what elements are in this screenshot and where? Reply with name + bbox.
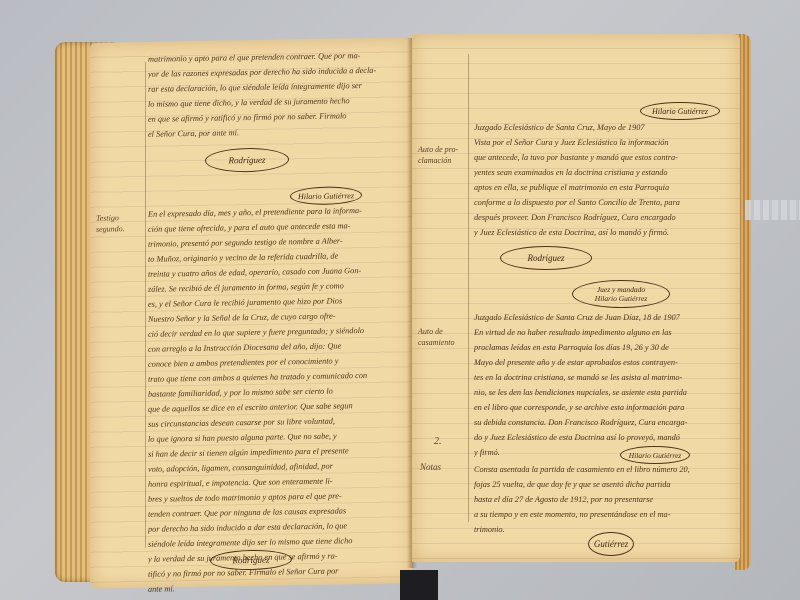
text-line: Mayo del presente año y de estar aprobad…: [474, 355, 736, 370]
margin-rule: [145, 62, 146, 548]
stamp-text: Hilario Gutiérrez: [298, 191, 354, 201]
text-line: Consta asentada la partida de casamiento…: [474, 462, 736, 477]
text-line: fojas 25 vuelta, de que doy fe y que se …: [474, 477, 736, 492]
text-line: y firmó.: [474, 445, 736, 460]
signature-text: Rodríguez: [233, 555, 270, 566]
text-line: Juzgado Eclesiástico de Santa Cruz de Ju…: [474, 310, 736, 325]
right-page: Hilario Gutiérrez Auto de pro-clamación …: [412, 34, 740, 562]
text-line: conforme a lo dispuesto por el Santo Con…: [474, 195, 736, 210]
signature-flourish: Rodríguez: [500, 246, 592, 270]
text-line: Vista por el Señor Cura y Juez Eclesiást…: [474, 135, 736, 150]
background-ribbon: [745, 200, 800, 220]
margin-note: Testigo segundo.: [96, 212, 142, 235]
signature-text: Rodríguez: [229, 155, 266, 166]
text-line: después proveer. Don Francisco Rodríguez…: [474, 210, 736, 225]
stamp-text: Hilario Gutiérrez: [629, 451, 681, 460]
signature-text: Rodríguez: [528, 253, 565, 263]
text-line: En virtud de no haber resultado impedime…: [474, 325, 736, 340]
margin-rule: [468, 54, 469, 522]
text-line: en el libro que corresponde, y se archiv…: [474, 400, 736, 415]
text-line: nio, se les den las bendiciones nupciale…: [474, 385, 736, 400]
right-entry2-text: Juzgado Eclesiástico de Santa Cruz de Ju…: [474, 310, 736, 460]
stamp-text: Hilario Gutiérrez: [652, 107, 708, 116]
text-line: tes en la doctrina cristiana, se mandó s…: [474, 370, 736, 385]
right-entry3-text: Consta asentada la partida de casamiento…: [474, 462, 736, 537]
entry-number: 2.: [434, 436, 442, 447]
text-line: proclamas leídas en esta Parroquia los d…: [474, 340, 736, 355]
left-block2-text: En el expresado día, mes y año, el prete…: [148, 202, 410, 597]
text-line: yentes sean examinados en la doctrina cr…: [474, 165, 736, 180]
text-line: y Juez Eclesiástico de esta Doctrina, as…: [474, 225, 736, 240]
text-line: a su tiempo y en este momento, no presen…: [474, 507, 736, 522]
text-line: do y Juez Eclesiástico de esta Doctrina …: [474, 430, 736, 445]
left-page: matrimonio y apto para el que pretenden …: [90, 37, 412, 589]
margin-note: Auto de pro-clamación: [418, 144, 466, 166]
text-line: Juzgado Eclesiástico de Santa Cruz, Mayo…: [474, 120, 736, 135]
stamp-text: Hilario Gutiérrez: [595, 294, 647, 303]
signature-flourish: Gutiérrez: [588, 532, 634, 556]
open-ledger-book: matrimonio y apto para el que pretenden …: [55, 28, 755, 588]
stamp-caption: Juez y mandado: [597, 285, 645, 294]
margin-note: Notas: [420, 462, 441, 473]
margin-note: Auto de casamiento: [418, 326, 466, 348]
stamp-seal: Hilario Gutiérrez: [640, 102, 720, 120]
book-spine-bottom: [400, 570, 438, 600]
left-block1-text: matrimonio y apto para el que pretenden …: [148, 47, 410, 142]
text-line: que antecede, la tuvo por bastante y man…: [474, 150, 736, 165]
text-line: hasta el día 27 de Agosto de 1912, por n…: [474, 492, 736, 507]
text-line: su debida constancia. Don Francisco Rodr…: [474, 415, 736, 430]
signature-flourish: Rodríguez: [205, 147, 289, 172]
text-line: el Señor Cura, por ante mí.: [148, 122, 410, 142]
right-entry1-text: Juzgado Eclesiástico de Santa Cruz, Mayo…: [474, 120, 736, 240]
text-line: aptos en ella, se publique el matrimonio…: [474, 180, 736, 195]
signature-text: Gutiérrez: [594, 539, 628, 549]
stamp-seal: Juez y mandado Hilario Gutiérrez: [572, 280, 670, 308]
